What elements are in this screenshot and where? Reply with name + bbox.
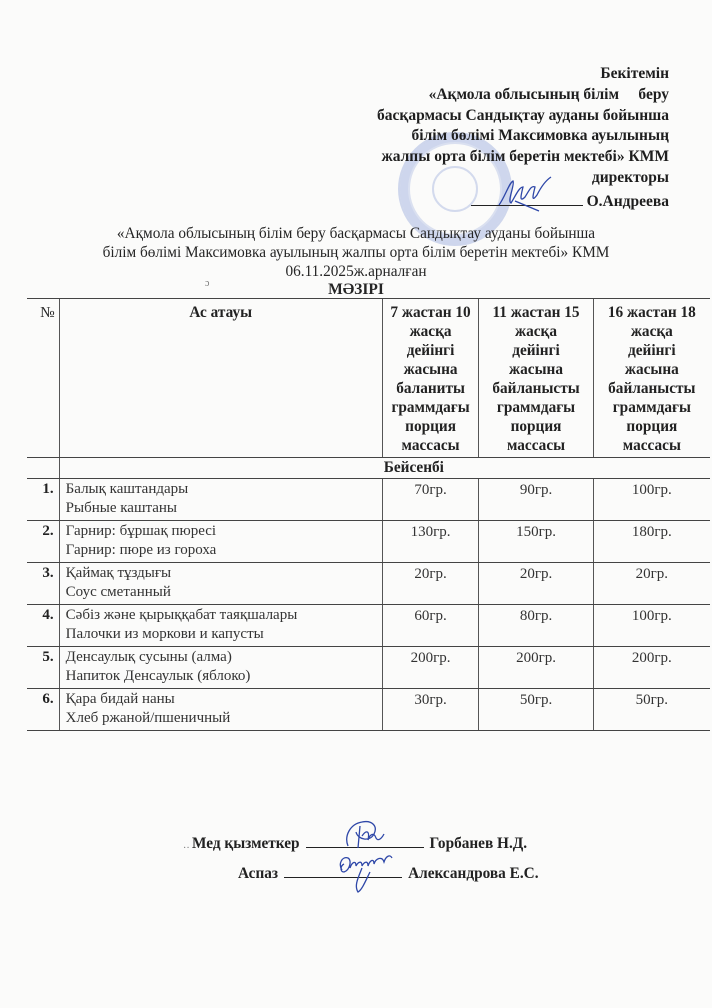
item-name: Денсаулық сусыны (алма)Напиток Денсаулык…	[59, 647, 382, 689]
portion-age-16-18: 200гр.	[593, 647, 710, 689]
approval-block: Бекітемін «Ақмола облысының білім беру б…	[309, 64, 669, 213]
portion-age-7-10: 30гр.	[382, 689, 479, 731]
day-row: Бейсенбі	[27, 458, 710, 479]
document-header: «Ақмола облысының білім беру басқармасы …	[0, 224, 712, 298]
portion-age-7-10: 70гр.	[382, 479, 479, 521]
approval-line: білім бөлімі Максимовка ауылының	[309, 126, 669, 147]
item-number: 4.	[27, 605, 59, 647]
portion-age-7-10: 20гр.	[382, 563, 479, 605]
portion-age-7-10: 60гр.	[382, 605, 479, 647]
portion-age-16-18: 100гр.	[593, 479, 710, 521]
approval-signatory: О.Андреева	[587, 193, 669, 210]
item-name: Гарнир: бұршақ пюресіГарнир: пюре из гор…	[59, 521, 382, 563]
header-line-1: «Ақмола облысының білім беру басқармасы …	[0, 224, 712, 243]
table-row: 2. Гарнир: бұршақ пюресіГарнир: пюре из …	[27, 521, 710, 563]
approval-line: басқармасы Сандықтау ауданы бойынша	[309, 106, 669, 127]
header-date: 06.11.2025ж.арналған	[0, 262, 712, 281]
table-row: 3. Қаймақ тұздығыСоус сметанный 20гр. 20…	[27, 563, 710, 605]
approval-signature-line: О.Андреева	[309, 189, 669, 213]
cook-signature-icon	[332, 850, 402, 896]
table-row: 5. Денсаулық сусыны (алма)Напиток Денсау…	[27, 647, 710, 689]
approval-line: директоры	[309, 168, 669, 189]
portion-age-11-15: 150гр.	[479, 521, 593, 563]
cook-name: Александрова Е.С.	[408, 865, 538, 882]
item-name: Балық каштандарыРыбные каштаны	[59, 479, 382, 521]
portion-age-7-10: 130гр.	[382, 521, 479, 563]
scan-artifact: ··	[183, 843, 190, 854]
day-label: Бейсенбі	[59, 458, 710, 479]
portion-age-11-15: 200гр.	[479, 647, 593, 689]
medical-worker-signature-icon	[340, 818, 390, 852]
cook-label: Аспаз	[238, 865, 278, 882]
column-header-age-7-10: 7 жастан 10 жасқа дейінгі жасына баланит…	[382, 299, 479, 458]
item-number: 6.	[27, 689, 59, 731]
portion-age-11-15: 50гр.	[479, 689, 593, 731]
table-row: 4. Сәбіз және қырыққабат таяқшаларыПалоч…	[27, 605, 710, 647]
medical-worker-label: Мед қызметкер	[192, 835, 300, 852]
approval-heading: Бекітемін	[309, 64, 669, 85]
item-name: Қаймақ тұздығыСоус сметанный	[59, 563, 382, 605]
portion-age-11-15: 90гр.	[479, 479, 593, 521]
column-header-number: №	[27, 299, 59, 458]
item-number: 3.	[27, 563, 59, 605]
portion-age-7-10: 200гр.	[382, 647, 479, 689]
medical-worker-name: Горбанев Н.Д.	[430, 835, 528, 852]
approval-line: «Ақмола облысының білім беру	[309, 85, 669, 106]
portion-age-16-18: 50гр.	[593, 689, 710, 731]
menu-title: МӘЗІРІ	[0, 281, 712, 298]
column-header-age-16-18: 16 жастан 18 жасқа дейінгі жасына байлан…	[593, 299, 710, 458]
portion-age-11-15: 80гр.	[479, 605, 593, 647]
director-signature-icon	[495, 175, 557, 215]
item-number: 5.	[27, 647, 59, 689]
portion-age-16-18: 180гр.	[593, 521, 710, 563]
item-name: Сәбіз және қырыққабат таяқшаларыПалочки …	[59, 605, 382, 647]
portion-age-16-18: 100гр.	[593, 605, 710, 647]
header-line-2: білім бөлімі Максимовка ауылының жалпы о…	[0, 243, 712, 262]
day-row-empty-cell	[27, 458, 59, 479]
item-number: 1.	[27, 479, 59, 521]
portion-age-11-15: 20гр.	[479, 563, 593, 605]
approval-line: жалпы орта білім беретін мектебі» КММ	[309, 147, 669, 168]
menu-table: № Ас атауы 7 жастан 10 жасқа дейінгі жас…	[27, 298, 710, 731]
column-header-age-11-15: 11 жастан 15 жасқа дейінгі жасына байлан…	[479, 299, 593, 458]
item-number: 2.	[27, 521, 59, 563]
column-header-dish-name: Ас атауы	[59, 299, 382, 458]
table-row: 1. Балық каштандарыРыбные каштаны 70гр. …	[27, 479, 710, 521]
table-header-row: № Ас атауы 7 жастан 10 жасқа дейінгі жас…	[27, 299, 710, 458]
table-row: 6. Қара бидай наныХлеб ржаной/пшеничный …	[27, 689, 710, 731]
item-name: Қара бидай наныХлеб ржаной/пшеничный	[59, 689, 382, 731]
portion-age-16-18: 20гр.	[593, 563, 710, 605]
